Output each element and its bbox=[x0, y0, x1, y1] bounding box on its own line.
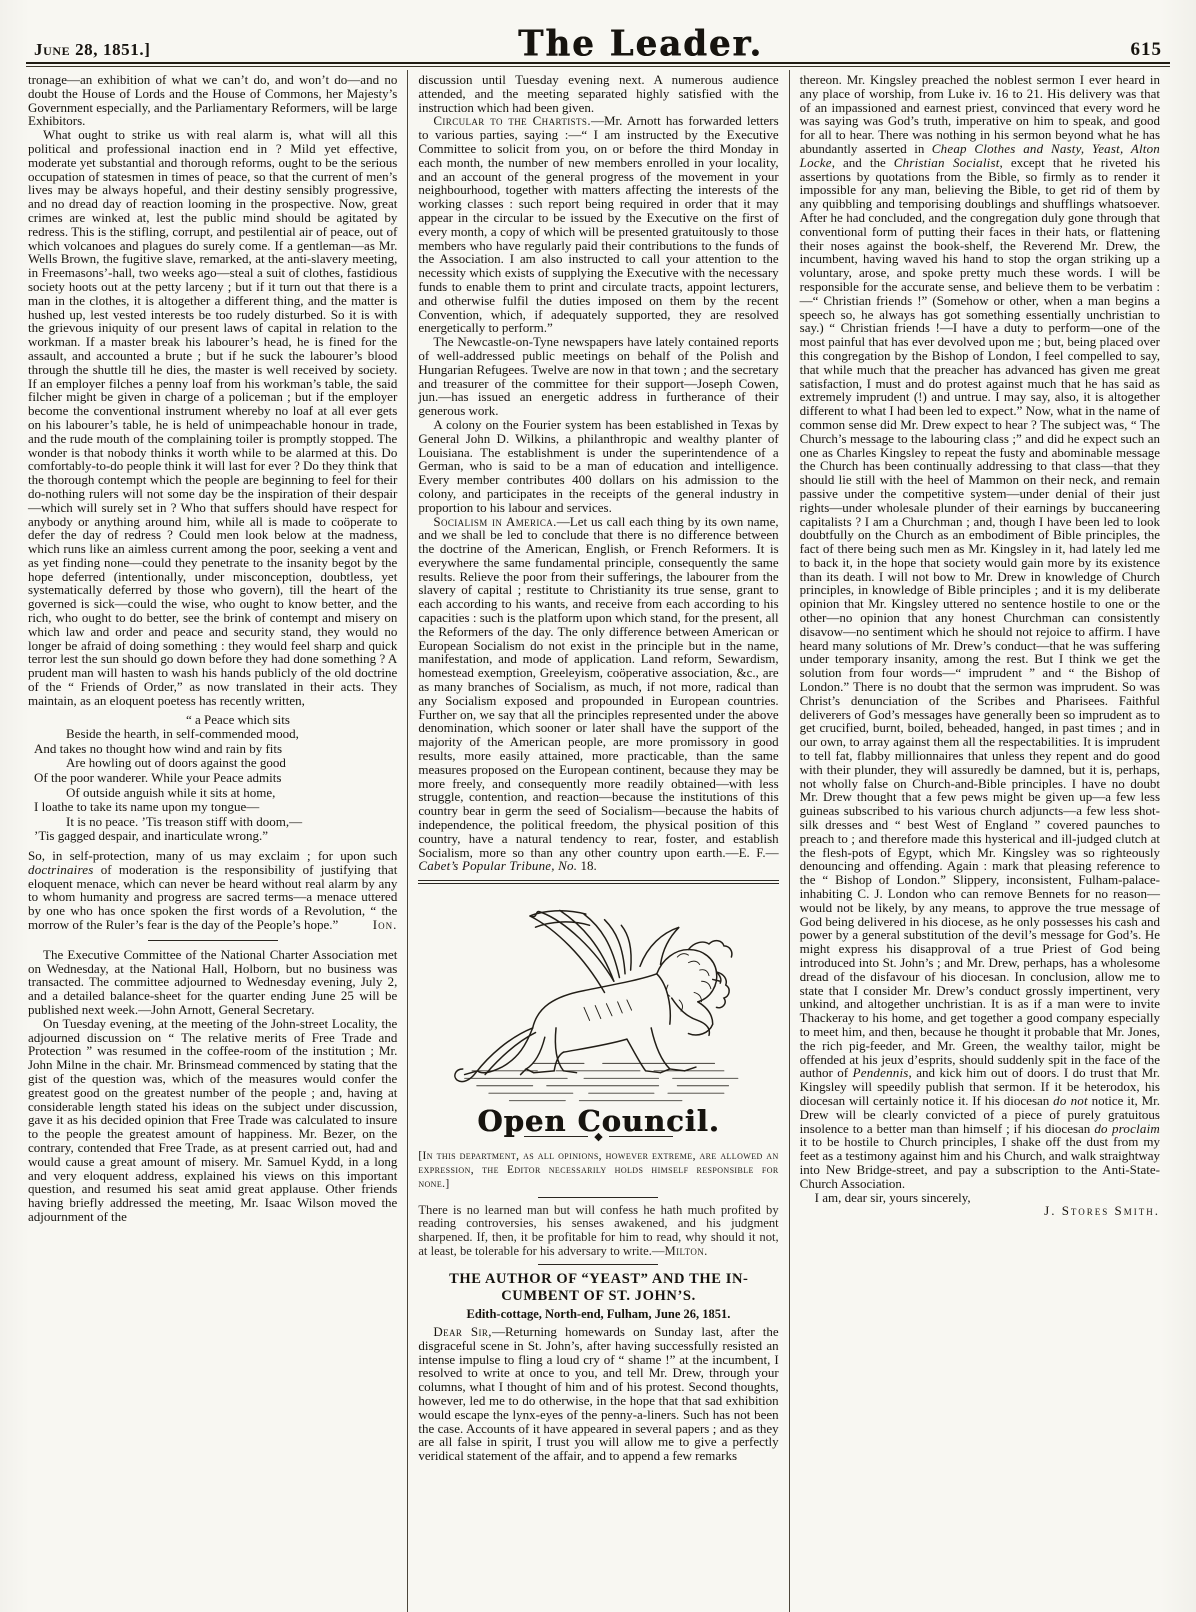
paragraph-lead: Socialism in America. bbox=[433, 514, 556, 529]
paragraph: The Executive Committee of the National … bbox=[28, 948, 397, 1017]
winged-lion-engraving bbox=[418, 888, 778, 1113]
paragraph: On Tuesday evening, at the meeting of th… bbox=[28, 1017, 397, 1224]
closing-signature: J. Stores Smith. bbox=[800, 1204, 1160, 1218]
poem: “ a Peace which sitsBeside the hearth, i… bbox=[28, 713, 397, 844]
page-number: 615 bbox=[1131, 39, 1163, 61]
ornament-line bbox=[524, 1136, 588, 1137]
paragraph-lead: Circular to the Chartists. bbox=[433, 113, 591, 128]
column-container: tronage—an exhibition of what we can’t d… bbox=[26, 70, 1170, 1612]
poem-line: Of outside anguish while it sits at home… bbox=[28, 786, 397, 801]
editor-note: [In this department, as all opinions, ho… bbox=[418, 1149, 778, 1191]
masthead-title: The Leader. bbox=[518, 23, 763, 65]
poem-line: ’Tis gagged despair, and inarticulate wr… bbox=[28, 829, 397, 844]
poem-line: It is no peace. ’Tis treason stiff with … bbox=[28, 815, 397, 830]
paragraph: A colony on the Fourier system has been … bbox=[418, 418, 778, 515]
poem-line: Are howling out of doors against the goo… bbox=[28, 756, 397, 771]
column-2: discussion until Tuesday evening next. A… bbox=[407, 70, 788, 1612]
short-divider-rule bbox=[538, 1264, 658, 1265]
ornament-line bbox=[609, 1136, 673, 1137]
paragraph: thereon. Mr. Kingsley preached the noble… bbox=[800, 73, 1160, 1191]
section-divider-rule bbox=[148, 940, 278, 941]
author-signature: Ion. bbox=[373, 918, 398, 932]
newspaper-page: June 28, 1851.] The Leader. 615 tronage—… bbox=[0, 0, 1196, 1612]
paragraph-lead: Dear Sir, bbox=[433, 1324, 492, 1339]
column-divider-rule bbox=[418, 880, 778, 884]
article-heading: THE AUTHOR OF “YEAST” AND THE IN­CUMBENT… bbox=[428, 1271, 768, 1305]
column-3: thereon. Mr. Kingsley preached the noble… bbox=[789, 70, 1170, 1612]
poem-line: Of the poor wanderer. While your Peace a… bbox=[28, 771, 397, 786]
paragraph: So, in self-protection, many of us may e… bbox=[28, 849, 397, 932]
paragraph: Dear Sir,—Returning homewards on Sunday … bbox=[418, 1325, 778, 1463]
letter-closing: I am, dear sir, yours sincerely,J. Store… bbox=[800, 1191, 1160, 1219]
masthead: June 28, 1851.] The Leader. 615 bbox=[26, 10, 1170, 58]
short-divider-rule bbox=[538, 1197, 658, 1198]
paragraph: The Newcastle-on-Tyne newspapers have la… bbox=[418, 335, 778, 418]
paragraph: discussion until Tuesday evening next. A… bbox=[418, 73, 778, 114]
paragraph: tronage—an exhibition of what we can’t d… bbox=[28, 73, 397, 128]
letter-dateline: Edith-cottage, North-end, Fulham, June 2… bbox=[418, 1308, 778, 1322]
closing-salutation: I am, dear sir, yours sincerely, bbox=[800, 1191, 1160, 1205]
diamond-ornament: ◆ bbox=[418, 1132, 778, 1142]
paragraph: What ought to strike us with real alarm … bbox=[28, 128, 397, 707]
poem-line: “ a Peace which sits bbox=[28, 713, 397, 728]
paragraph: There is no learned man but will confess… bbox=[418, 1204, 778, 1258]
diamond-icon: ◆ bbox=[594, 1132, 602, 1142]
column-1: tronage—an exhibition of what we can’t d… bbox=[26, 70, 407, 1612]
poem-line: And takes no thought how wind and rain b… bbox=[28, 742, 397, 757]
section-masthead: Open Council. bbox=[418, 1115, 778, 1129]
paragraph: Circular to the Chartists.—Mr. Arnott ha… bbox=[418, 114, 778, 335]
poem-line: Beside the hearth, in self-commended moo… bbox=[28, 727, 397, 742]
paragraph: Socialism in America.—Let us call each t… bbox=[418, 515, 778, 874]
poem-line: I loathe to take its name upon my tongue… bbox=[28, 800, 397, 815]
masthead-date: June 28, 1851.] bbox=[34, 40, 151, 60]
